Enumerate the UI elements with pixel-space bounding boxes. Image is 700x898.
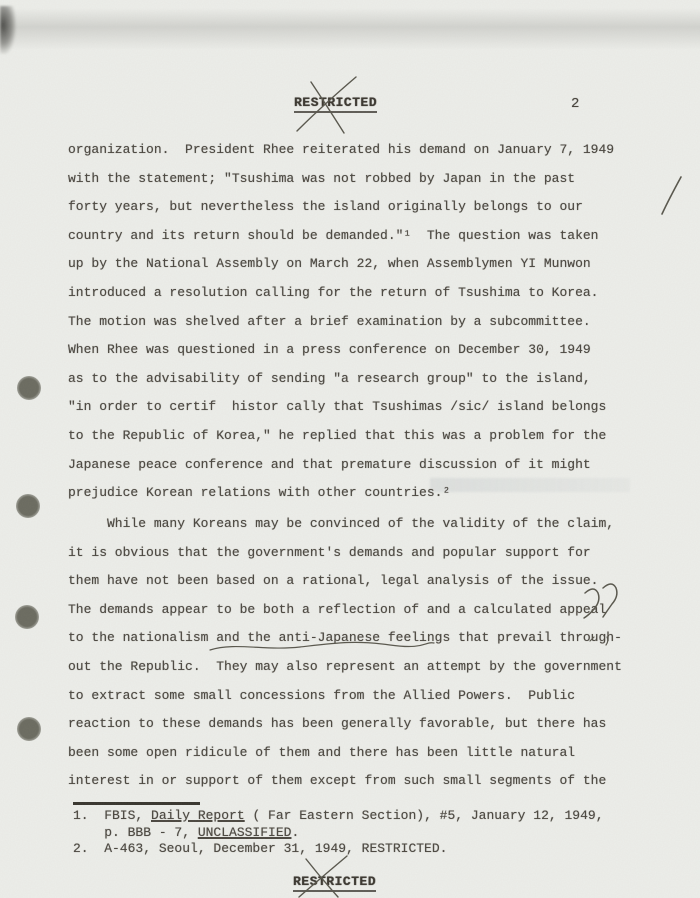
text-line: When Rhee was questioned in a press conf… [68, 336, 648, 365]
text-line: up by the National Assembly on March 22,… [68, 250, 648, 279]
scan-corner-artifact [0, 6, 16, 54]
page-number: 2 [571, 96, 579, 112]
classification-stamp-bottom: RESTRICTED [293, 874, 376, 892]
text-line: The motion was shelved after a brief exa… [68, 308, 648, 337]
punch-hole [16, 494, 40, 518]
text-line: them have not been based on a rational, … [68, 567, 648, 596]
footnote-underlined-text: Daily Report [151, 808, 245, 823]
punch-hole [17, 717, 41, 741]
footnote-line: 1. FBIS, Daily Report ( Far Eastern Sect… [73, 808, 633, 825]
footnotes: 1. FBIS, Daily Report ( Far Eastern Sect… [73, 808, 633, 858]
text-line: While many Koreans may be convinced of t… [68, 510, 648, 539]
punch-hole [17, 376, 41, 400]
text-line: prejudice Korean relations with other co… [68, 479, 648, 508]
paragraph-1: organization. President Rhee reiterated … [68, 136, 648, 508]
text-line: introduced a resolution calling for the … [68, 279, 648, 308]
footnote-text: ( Far Eastern Section), #5, January 12, … [245, 808, 604, 823]
text-line: to the nationalism and the anti-Japanese… [68, 624, 648, 653]
footnote-text: p. BBB - 7, [73, 825, 198, 840]
footnote-text: . [291, 825, 299, 840]
footnote-line: p. BBB - 7, UNCLASSIFIED. [73, 825, 633, 842]
text-line: country and its return should be demande… [68, 222, 648, 251]
footnote-text: 2. A-463, Seoul, December 31, 1949, REST… [73, 841, 447, 856]
text-line: "in order to certif histor cally that Ts… [68, 393, 648, 422]
scanned-document-page: RESTRICTED 2 organization. President Rhe… [0, 0, 700, 898]
scan-crease-artifact [0, 8, 700, 50]
text-line: out the Republic. They may also represen… [68, 653, 648, 682]
text-line: as to the advisability of sending "a res… [68, 365, 648, 394]
footnote-line: 2. A-463, Seoul, December 31, 1949, REST… [73, 841, 633, 858]
text-line: reaction to these demands has been gener… [68, 710, 648, 739]
classification-stamp-top: RESTRICTED [294, 95, 377, 113]
punch-hole [15, 605, 39, 629]
text-line: Japanese peace conference and that prema… [68, 451, 648, 480]
text-line: with the statement; "Tsushima was not ro… [68, 165, 648, 194]
margin-slash-mark [662, 177, 681, 214]
text-line: to extract some small concessions from t… [68, 682, 648, 711]
text-line: organization. President Rhee reiterated … [68, 136, 648, 165]
paragraph-2: While many Koreans may be convinced of t… [68, 510, 648, 796]
footnote-text: 1. FBIS, [73, 808, 151, 823]
text-line: been some open ridicule of them and ther… [68, 739, 648, 768]
text-line: interest in or support of them except fr… [68, 767, 648, 796]
text-line: to the Republic of Korea," he replied th… [68, 422, 648, 451]
footnote-separator-line [73, 802, 200, 805]
text-line: it is obvious that the government's dema… [68, 539, 648, 568]
text-line: forty years, but nevertheless the island… [68, 193, 648, 222]
text-line: The demands appear to be both a reflecti… [68, 596, 648, 625]
footnote-underlined-text: UNCLASSIFIED [198, 825, 292, 840]
